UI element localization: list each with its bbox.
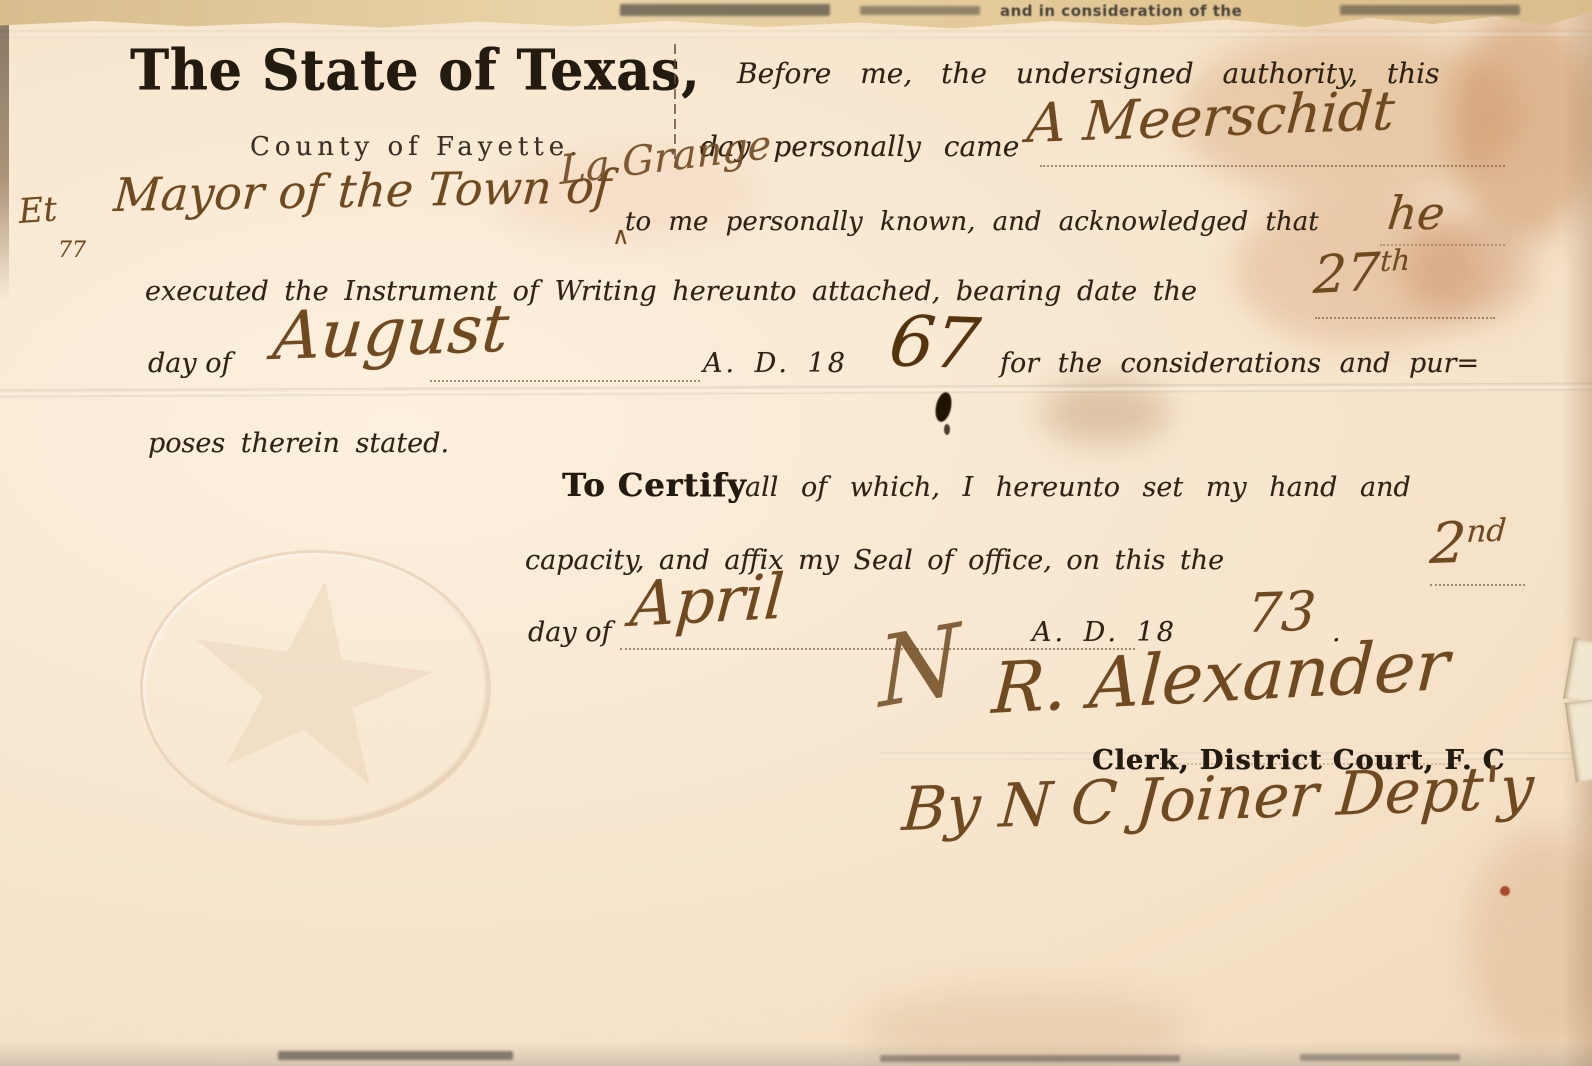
certify-line-1: all of which, I hereunto set my hand and (745, 472, 1411, 503)
red-speck (1500, 886, 1510, 896)
paper-left-edge (0, 0, 9, 300)
ink-blot (944, 424, 950, 435)
print-smudge (1340, 5, 1520, 15)
day-number: 27 (1312, 242, 1381, 306)
overlapping-page-strip: and in consideration of the (0, 0, 1592, 30)
certify-line-2: capacity, and affix my Seal of office, o… (525, 545, 1224, 576)
form-line-3: to me personally known, and acknowledged… (625, 207, 1319, 237)
handwritten-day-number: 27th (1312, 241, 1411, 306)
bleed-through-text (1300, 1054, 1460, 1061)
bleed-through-text (278, 1051, 513, 1060)
county-line: County of Fayette. (250, 132, 582, 162)
day-ordinal: nd (1465, 513, 1507, 550)
certify-line-3-dayof: day of (528, 617, 611, 648)
form-line-6: poses therein stated. (148, 428, 449, 459)
margin-note-top: Et (17, 189, 58, 232)
handwritten-month-august: August (270, 290, 512, 375)
handwritten-name: A Meerschidt (1025, 79, 1397, 155)
day-ordinal: th (1379, 242, 1411, 278)
document-title: The State of Texas, (130, 38, 700, 104)
print-smudge (860, 6, 980, 15)
form-line-5-dayof: day of (148, 348, 231, 379)
form-line-5-ad: A. D. 18 (703, 348, 848, 379)
fill-in-line (430, 379, 700, 382)
fill-in-line (1040, 164, 1505, 167)
deputy-signature: By N C Joiner Dept'y (900, 753, 1536, 845)
handwritten-year-67: 67 (885, 300, 984, 385)
bleed-through-text (880, 1055, 1180, 1062)
strip-fragment-text: and in consideration of the (1000, 2, 1242, 20)
ink-blot (933, 391, 954, 423)
pen-flourish: N (876, 602, 963, 730)
handwritten-he: he (1385, 186, 1448, 240)
document-scan: and in consideration of the The State of… (0, 0, 1592, 1066)
margin-note: Et (17, 189, 58, 232)
fold-crease (0, 383, 1592, 398)
handwritten-month-april: April (628, 560, 787, 641)
day-number: 2 (1428, 511, 1468, 577)
fill-in-line (1315, 316, 1495, 319)
torn-right-edge (1562, 0, 1592, 1066)
to-certify-lead: To Certify (562, 466, 747, 504)
fill-in-line (1430, 583, 1525, 586)
handwritten-office: Mayor of the Town of (112, 159, 613, 222)
print-smudge (620, 4, 830, 16)
margin-note-denominator: 77 (58, 238, 86, 263)
form-line-5-rest: for the considerations and pur= (1000, 348, 1479, 379)
embossed-star-seal (140, 550, 485, 820)
handwritten-day-2nd: 2nd (1428, 509, 1508, 577)
